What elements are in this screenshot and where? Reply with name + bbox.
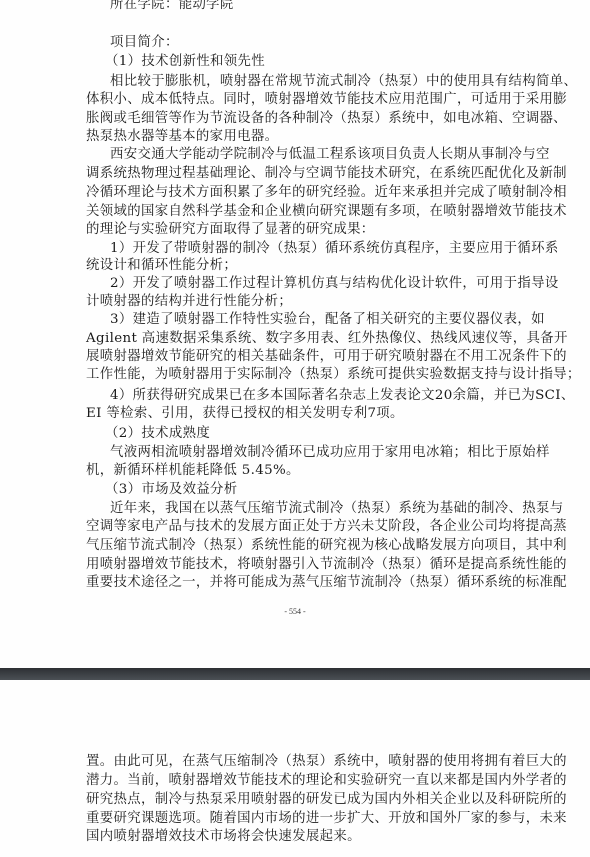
text-line: 用喷射器增效节能技术，将喷射器引入节流制冷（热泵）循环是提高系统性能的 <box>86 556 500 574</box>
text-line: 相比较于膨胀机，喷射器在常规节流式制冷（热泵）中的使用具有结构简单、 <box>110 73 500 91</box>
text-line: 置。由此可见，在蒸气压缩制冷（热泵）系统中，喷射器的使用将拥有着巨大的 <box>86 753 500 771</box>
text-line: 潜力。当前，喷射器增效节能技术的理论和实验研究一直以来都是国内外学者的 <box>86 772 500 790</box>
text-line: 重要技术途径之一，并将可能成为蒸气压缩节流制冷（热泵）循环系统的标准配 <box>86 574 500 592</box>
text-line: 冷循环理论与技术方面积累了多年的研究经验。近年来承担并完成了喷射制冷相 <box>86 184 500 202</box>
text-line: 体积小、成本低特点。同时，喷射器增效节能技术应用范围广，可适用于采用膨 <box>86 91 500 109</box>
document-page-555: 置。由此可见，在蒸气压缩制冷（热泵）系统中，喷射器的使用将拥有着巨大的潜力。当前… <box>0 680 590 857</box>
text-line: 统设计和循环性能分析； <box>86 257 500 275</box>
document-page-554: 所在学院：能动学院项目简介：（1）技术创新性和领先性相比较于膨胀机，喷射器在常规… <box>0 0 590 668</box>
text-line: 关领域的国家自然科学基金和企业横向研究课题有多项，在喷射器增效节能技术 <box>86 203 500 221</box>
text-line: 国内喷射器增效技术市场将会快速发展起来。 <box>86 828 500 846</box>
text-line: Agilent 高速数据采集系统、数字多用表、红外热像仪、热线风速仪等，具备开 <box>86 330 500 348</box>
page-separator <box>0 668 590 680</box>
text-line: 计喷射器的结构并进行性能分析； <box>86 293 500 311</box>
text-line: 热泵热水器等基本的家用电器。 <box>86 128 500 146</box>
text-line: （1）技术创新性和领先性 <box>105 53 519 71</box>
text-line: 机，新循环样机能耗降低 5.45%。 <box>86 462 500 480</box>
text-line: （2）技术成熟度 <box>105 425 519 443</box>
text-line: 4）所获得研究成果已在多本国际著名杂志上发表论文20余篇，并已为SCI、 <box>110 387 500 405</box>
text-line: 空调等家电产品与技术的发展方面正处于方兴未艾阶段，各企业公司均将提高蒸 <box>86 518 500 536</box>
text-line: 工作性能，为喷射器用于实际制冷（热泵）系统可提供实验数据支持与设计指导； <box>86 366 500 384</box>
text-line: 近年来，我国在以蒸气压缩节流式制冷（热泵）系统为基础的制冷、热泵与 <box>110 500 500 518</box>
text-line: 所在学院：能动学院 <box>110 0 500 14</box>
text-line: 3）建造了喷射器工作特性实验台，配备了相关研究的主要仪器仪表，如 <box>110 311 500 329</box>
text-line: EI 等检索、引用，获得已授权的相关发明专利7项。 <box>86 405 500 423</box>
page-number: - 554 - <box>0 607 590 616</box>
text-line: 的理论与实验研究方面取得了显著的研究成果： <box>86 221 500 239</box>
text-line: 气压缩节流式制冷（热泵）系统性能的研究视为核心战略发展方向项目，其中利 <box>86 537 500 555</box>
text-line: （3）市场及效益分析 <box>105 481 519 499</box>
text-line: 西安交通大学能动学院制冷与低温工程系该项目负责人长期从事制冷与空 <box>110 146 500 164</box>
text-line: 项目简介： <box>110 34 500 52</box>
text-line: 1）开发了带喷射器的制冷（热泵）循环系统仿真程序，主要应用于循环系 <box>110 240 500 258</box>
text-line: 调系统热物理过程基础理论、制冷与空调节能技术研究，在系统匹配优化及新制 <box>86 165 500 183</box>
text-line: 气液两相流喷射器增效制冷循环已成功应用于家用电冰箱；相比于原始样 <box>110 444 500 462</box>
text-line: 2）开发了喷射器工作过程计算机仿真与结构优化设计软件，可用于指导设 <box>110 275 500 293</box>
text-line: 胀阀或毛细管等作为节流设备的各种制冷（热泵）系统中，如电冰箱、空调器、 <box>86 110 500 128</box>
text-line: 重要研究课题选项。随着国内市场的进一步扩大、开放和国外厂家的参与，未来 <box>86 810 500 828</box>
text-line: 研究热点，制冷与热泵采用喷射器的研发已成为国内外相关企业以及科研院所的 <box>86 791 500 809</box>
text-line: 展喷射器增效节能研究的相关基础条件，可用于研究喷射器在不用工况条件下的 <box>86 348 500 366</box>
